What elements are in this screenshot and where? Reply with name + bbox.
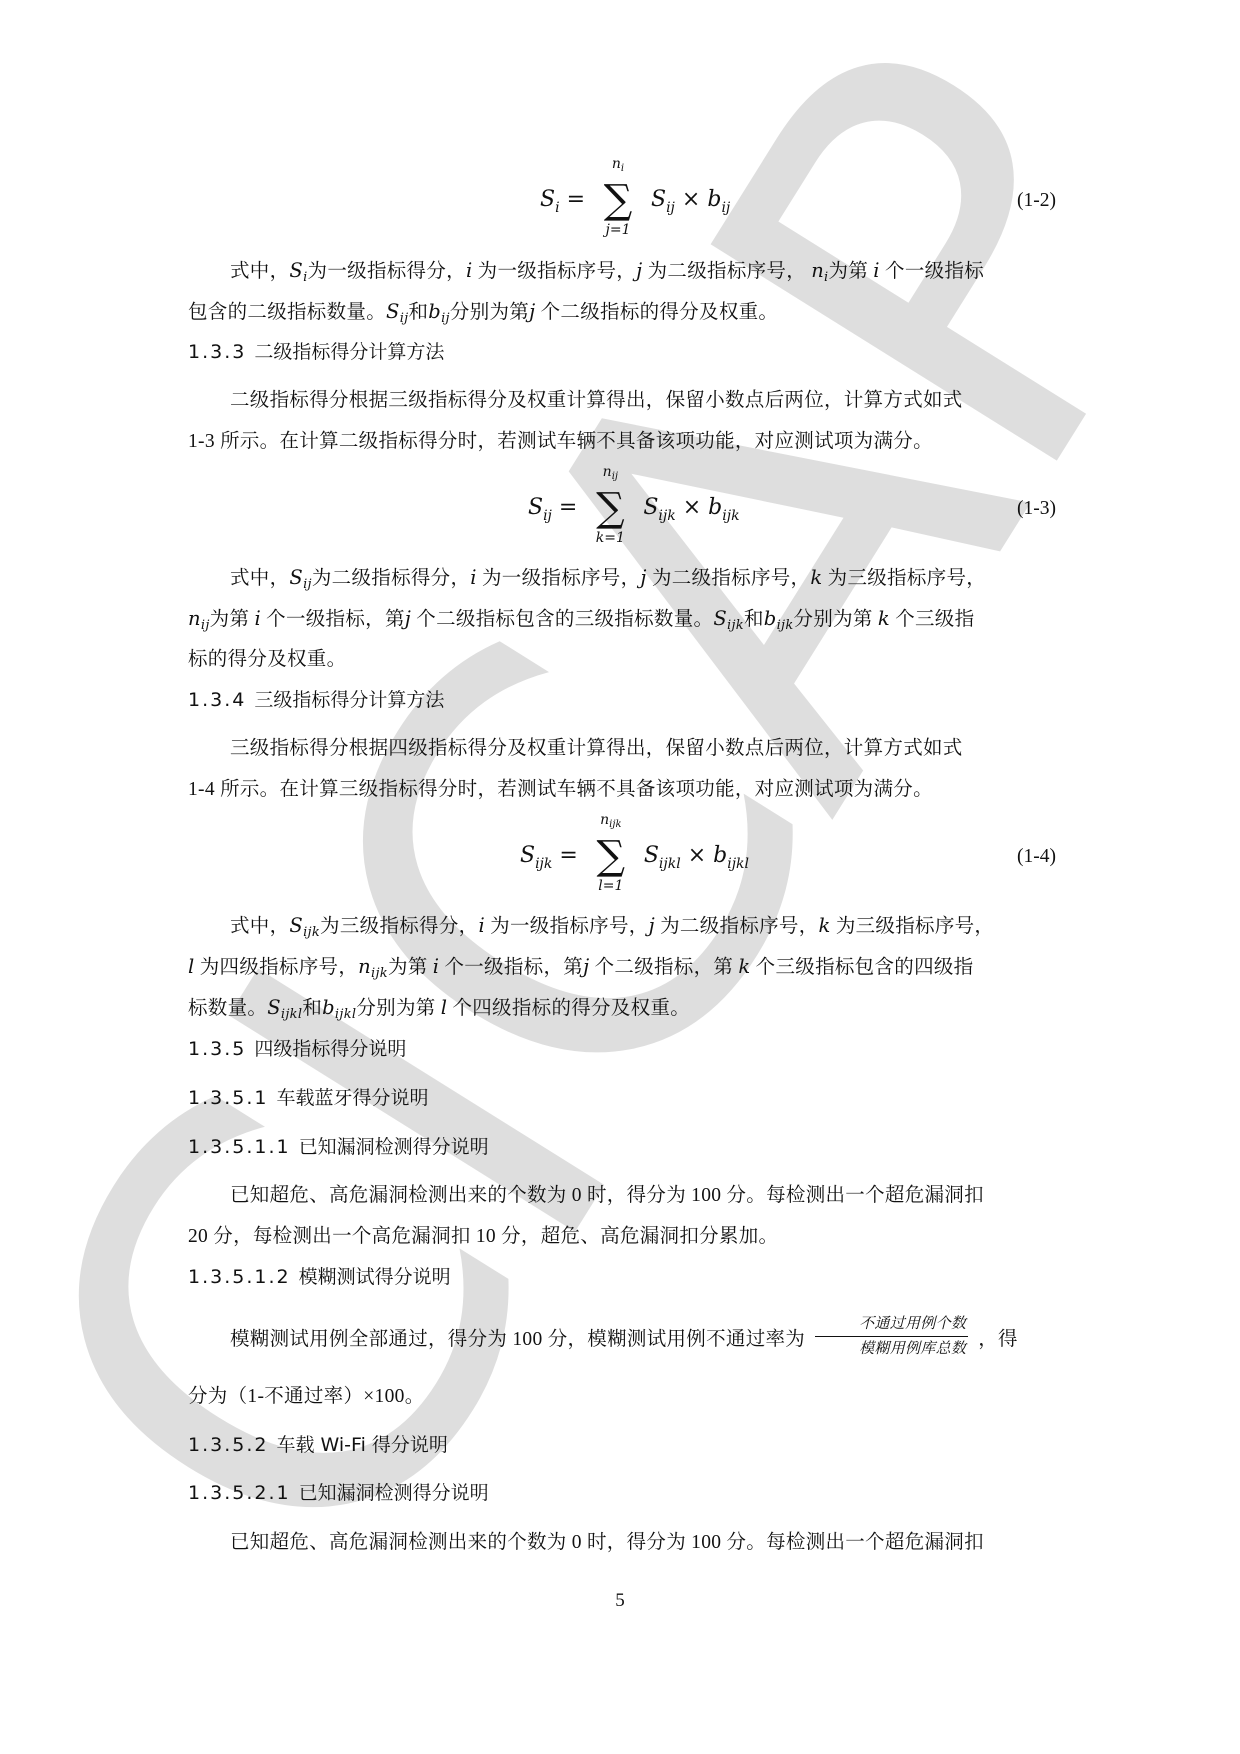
heading-1-3-4: 1.3.4三级指标得分计算方法 [188, 685, 444, 715]
equation-1-4: Sijk = nijk∑l=1 Sijkl × bijkl (1-4) [188, 816, 1056, 906]
equation-number: (1-3) [1017, 498, 1056, 520]
heading-1-3-5: 1.3.5四级指标得分说明 [188, 1034, 406, 1064]
heading-1-3-5-1: 1.3.5.1车载蓝牙得分说明 [188, 1083, 429, 1113]
paragraph-variables-1-3-end: 标的得分及权重。 [188, 645, 1056, 675]
paragraph-variables-1-4-cont: l 为四级指标序号，nijk为第 i 个一级指标，第j 个二级指标，第 k 个三… [188, 952, 1056, 989]
heading-1-3-5-1-1: 1.3.5.1.1已知漏洞检测得分说明 [188, 1132, 489, 1162]
paragraph-bluetooth-vuln-scoring-cont: 20 分，每检测出一个高危漏洞扣 10 分，超危、高危漏洞扣分累加。 [188, 1222, 1056, 1252]
heading-1-3-5-2: 1.3.5.2车载 Wi-Fi 得分说明 [188, 1430, 448, 1460]
paragraph-variables-1-4-end: 标数量。Sijkl和bijkl分别为第 l 个四级指标的得分及权重。 [188, 993, 1056, 1030]
equation-number: (1-2) [1017, 190, 1056, 212]
paragraph-variables-1-2: 式中，Si为一级指标得分，i 为一级指标序号，j 为二级指标序号， ni为第 i… [188, 256, 1056, 293]
equation-number: (1-4) [1017, 846, 1056, 868]
heading-1-3-3: 1.3.3二级指标得分计算方法 [188, 337, 444, 367]
paragraph-level3-method: 三级指标得分根据四级指标得分及权重计算得出，保留小数点后两位，计算方式如式 [188, 734, 1056, 764]
paragraph-fuzz-scoring-cont: 分为（1-不通过率）×100。 [188, 1382, 1056, 1412]
paragraph-level2-method: 二级指标得分根据三级指标得分及权重计算得出，保留小数点后两位，计算方式如式 [188, 386, 1056, 416]
sum-symbol: ∑ [589, 836, 633, 876]
paragraph-level3-method-cont: 1-4 所示。在计算三级指标得分时，若测试车辆不具备该项功能，对应测试项为满分。 [188, 775, 1056, 805]
page-number: 5 [0, 1590, 1240, 1612]
fail-rate-fraction: 不通过用例个数模糊用例库总数 [815, 1314, 968, 1359]
paragraph-level2-method-cont: 1-3 所示。在计算二级指标得分时，若测试车辆不具备该项功能，对应测试项为满分。 [188, 427, 1056, 457]
heading-1-3-5-1-2: 1.3.5.1.2模糊测试得分说明 [188, 1262, 451, 1292]
paragraph-variables-1-3: 式中，Sij为二级指标得分，i 为一级指标序号，j 为二级指标序号，k 为三级指… [188, 563, 1056, 600]
equation-1-3: Sij = nij∑k=1 Sijk × bijk (1-3) [188, 468, 1056, 558]
equation-1-2: Si = ni∑j=1 Sij × bij (1-2) [188, 160, 1056, 250]
paragraph-variables-1-3-cont: nij为第 i 个一级指标，第j 个二级指标包含的三级指标数量。Sijk和bij… [188, 604, 1056, 641]
document-page: CICAP Si = ni∑j=1 Sij × bij (1-2) 式中，Si为… [0, 0, 1240, 1754]
sum-symbol: ∑ [596, 180, 640, 220]
paragraph-bluetooth-vuln-scoring: 已知超危、高危漏洞检测出来的个数为 0 时，得分为 100 分。每检测出一个超危… [188, 1181, 1056, 1211]
sum-symbol: ∑ [588, 488, 632, 528]
heading-1-3-5-2-1: 1.3.5.2.1已知漏洞检测得分说明 [188, 1478, 489, 1508]
paragraph-fuzz-scoring: 模糊测试用例全部通过，得分为 100 分，模糊测试用例不通过率为不通过用例个数模… [188, 1318, 1056, 1363]
paragraph-variables-1-2-cont: 包含的二级指标数量。Sij和bij分别为第j 个二级指标的得分及权重。 [188, 297, 1056, 334]
paragraph-wifi-vuln-scoring: 已知超危、高危漏洞检测出来的个数为 0 时，得分为 100 分。每检测出一个超危… [188, 1528, 1056, 1558]
paragraph-variables-1-4: 式中，Sijk为三级指标得分，i 为一级指标序号，j 为二级指标序号，k 为三级… [188, 911, 1056, 948]
